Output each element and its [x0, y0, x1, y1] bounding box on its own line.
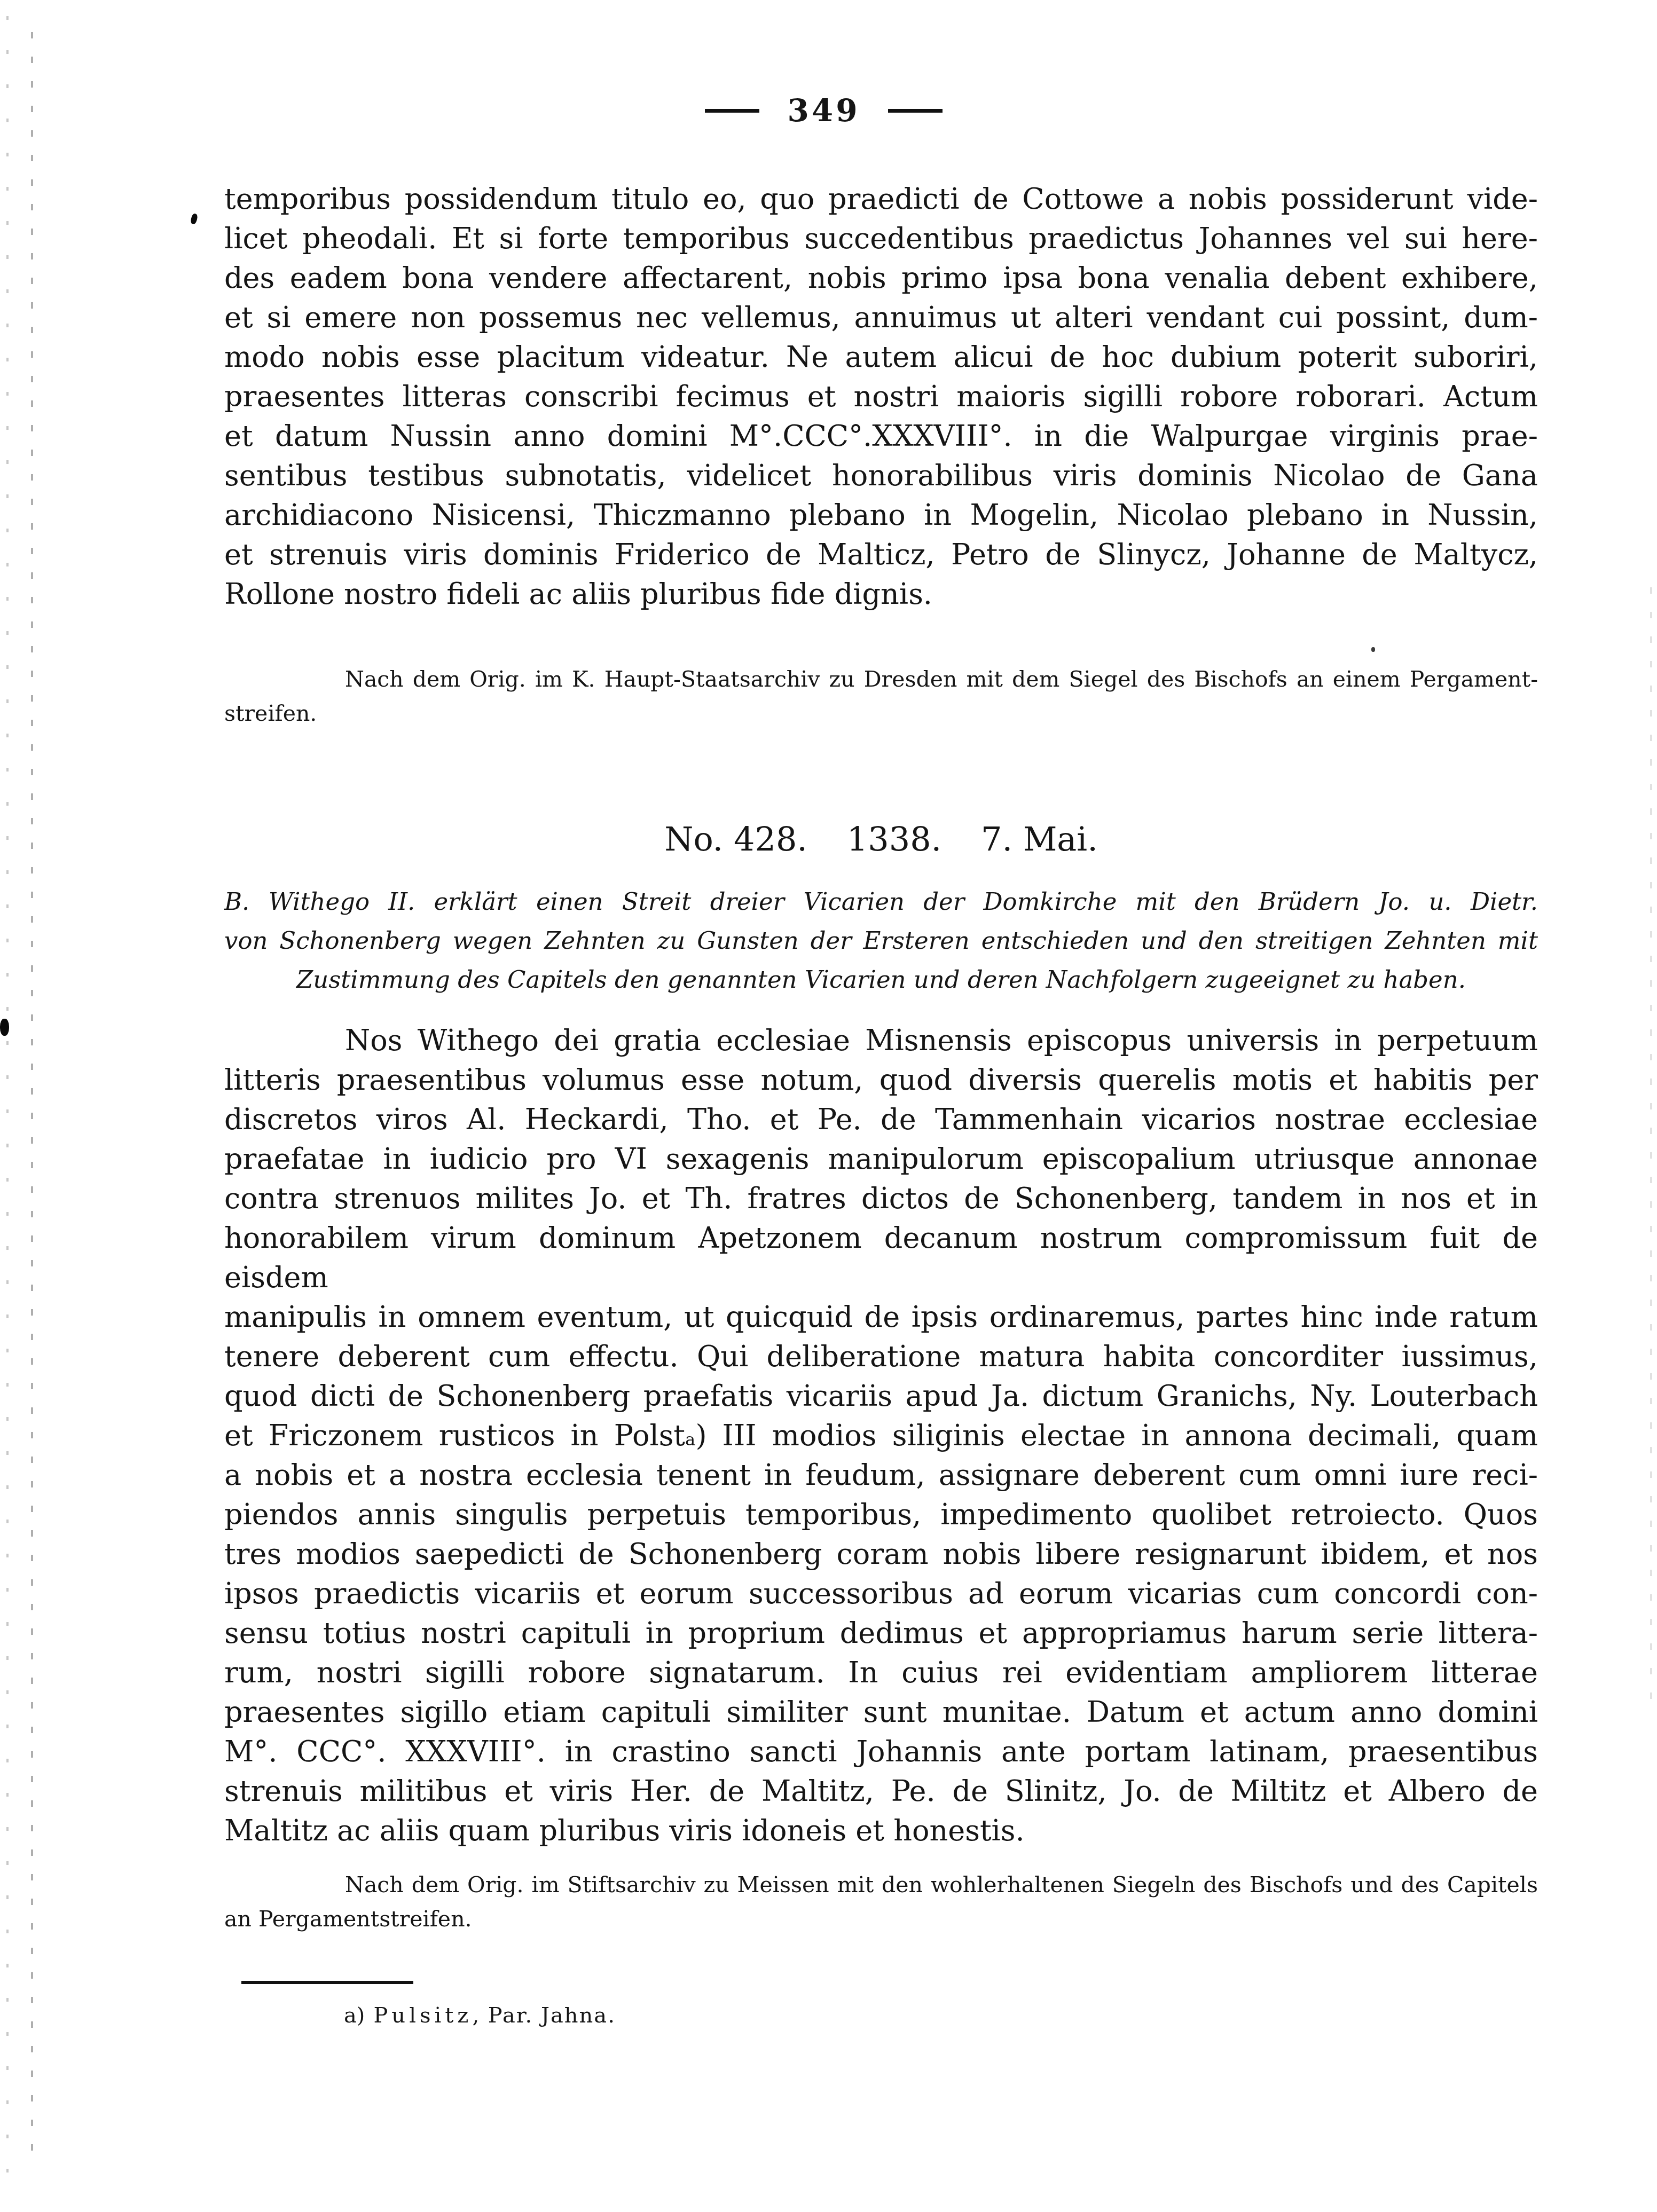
text-line: et si emere non possemus nec vellemus, a… — [224, 298, 1538, 337]
header-rule-right — [888, 109, 943, 113]
text-line: Nach dem Orig. im Stiftsarchiv zu Meisse… — [224, 1868, 1538, 1902]
header-rule-left — [705, 109, 759, 113]
entry-428-date: 7. Mai. — [981, 820, 1098, 859]
text-line: contra strenuos milites Jo. et Th. fratr… — [224, 1179, 1538, 1218]
entry-427-source-note: Nach dem Orig. im K. Haupt-Staatsarchiv … — [224, 662, 1538, 730]
text-line: B. Withego II. erklärt einen Streit drei… — [224, 882, 1538, 921]
text-line: tenere deberent cum effectu. Qui deliber… — [224, 1337, 1538, 1376]
text-line: piendos annis singulis perpetuis tempori… — [224, 1495, 1538, 1534]
text-line: licet pheodali. Et si forte temporibus s… — [224, 219, 1538, 258]
text-line: rum, nostri sigilli robore signatarum. I… — [224, 1653, 1538, 1693]
text-line: ipsos praedictis vicariis et eorum succe… — [224, 1574, 1538, 1613]
footnote-parish-ref: , Par. Jahna. — [472, 2003, 616, 2028]
entry-428-summary: B. Withego II. erklärt einen Streit drei… — [224, 882, 1538, 999]
entry-428-year: 1338. — [847, 820, 942, 859]
text-line: et Friczonem rusticos in Polsta) III mod… — [224, 1416, 1538, 1455]
text-line: discretos viros Al. Heckardi, Tho. et Pe… — [224, 1100, 1538, 1139]
text-line: Nos Withego dei gratia ecclesiae Misnens… — [224, 1021, 1538, 1060]
text-line: praefatae in iudicio pro VI sexagenis ma… — [224, 1139, 1538, 1179]
scan-noise-right-edge — [1650, 587, 1652, 1709]
text-line: sentibus testibus subnotatis, videlicet … — [224, 456, 1538, 495]
page-header: 349 — [0, 92, 1647, 129]
text-line: litteris praesentibus volumus esse notum… — [224, 1060, 1538, 1100]
text-line: tres modios saepedicti de Schonenberg co… — [224, 1534, 1538, 1574]
text-line: modo nobis esse placitum videatur. Ne au… — [224, 337, 1538, 377]
entry-428-source-note: Nach dem Orig. im Stiftsarchiv zu Meisse… — [224, 1868, 1538, 1936]
scan-speck-margin-tick — [190, 213, 199, 225]
text-line: von Schonenberg wegen Zehnten zu Gunsten… — [224, 921, 1538, 960]
text-line: honorabilem virum dominum Apetzonem deca… — [224, 1218, 1538, 1297]
footnote-marker: a) — [344, 2003, 365, 2028]
text-line: an Pergamentstreifen. — [224, 1902, 1538, 1936]
entry-428-number: No. 428. — [664, 820, 807, 859]
text-line: archidiacono Nisicensi, Thiczmanno pleba… — [224, 495, 1538, 535]
footnote: a)Pulsitz, Par. Jahna. — [224, 2000, 1538, 2032]
book-page: 349 temporibus possidendum titulo eo, qu… — [0, 0, 1657, 2212]
scan-noise-left-outer — [6, 16, 9, 2194]
entry-428-body-paragraph: Nos Withego dei gratia ecclesiae Misnens… — [224, 1021, 1538, 1851]
text-line: praesentes litteras conscribi fecimus et… — [224, 377, 1538, 416]
page-number: 349 — [787, 92, 860, 129]
text-line: Nach dem Orig. im K. Haupt-Staatsarchiv … — [224, 662, 1538, 696]
text-line: Zustimmung des Capitels den genannten Vi… — [224, 960, 1538, 999]
scan-noise-left-inner — [31, 32, 33, 2162]
text-line: streifen. — [224, 696, 1538, 730]
scan-speck-dot — [1371, 647, 1375, 652]
text-line: strenuis militibus et viris Her. de Malt… — [224, 1772, 1538, 1811]
text-line: M°. CCC°. XXXVIII°. in crastino sancti J… — [224, 1732, 1538, 1772]
text-line: Rollone nostro fideli ac aliis pluribus … — [224, 574, 1538, 614]
text-line: sensu totius nostri capituli in proprium… — [224, 1613, 1538, 1653]
text-line: praesentes sigillo etiam capituli simili… — [224, 1693, 1538, 1732]
entry-428-heading: No. 428. 1338. 7. Mai. — [224, 818, 1538, 861]
footnote-place-name: Pulsitz — [373, 2003, 472, 2028]
text-line: Maltitz ac aliis quam pluribus viris ido… — [224, 1811, 1538, 1851]
text-line: a nobis et a nostra ecclesia tenent in f… — [224, 1455, 1538, 1495]
text-line: et strenuis viris dominis Friderico de M… — [224, 535, 1538, 574]
footnote-rule — [241, 1981, 413, 1984]
scan-speck-left-blob — [0, 1019, 9, 1036]
text-line: des eadem bona vendere affectarent, nobi… — [224, 258, 1538, 298]
text-line: et datum Nussin anno domini M°.CCC°.XXXV… — [224, 416, 1538, 456]
text-line: quod dicti de Schonenberg praefatis vica… — [224, 1376, 1538, 1416]
text-line: temporibus possidendum titulo eo, quo pr… — [224, 179, 1538, 219]
text-line: manipulis in omnem eventum, ut quicquid … — [224, 1297, 1538, 1337]
entry-427-continuation-paragraph: temporibus possidendum titulo eo, quo pr… — [224, 179, 1538, 614]
footnote-reference-marker: a — [685, 1429, 695, 1450]
